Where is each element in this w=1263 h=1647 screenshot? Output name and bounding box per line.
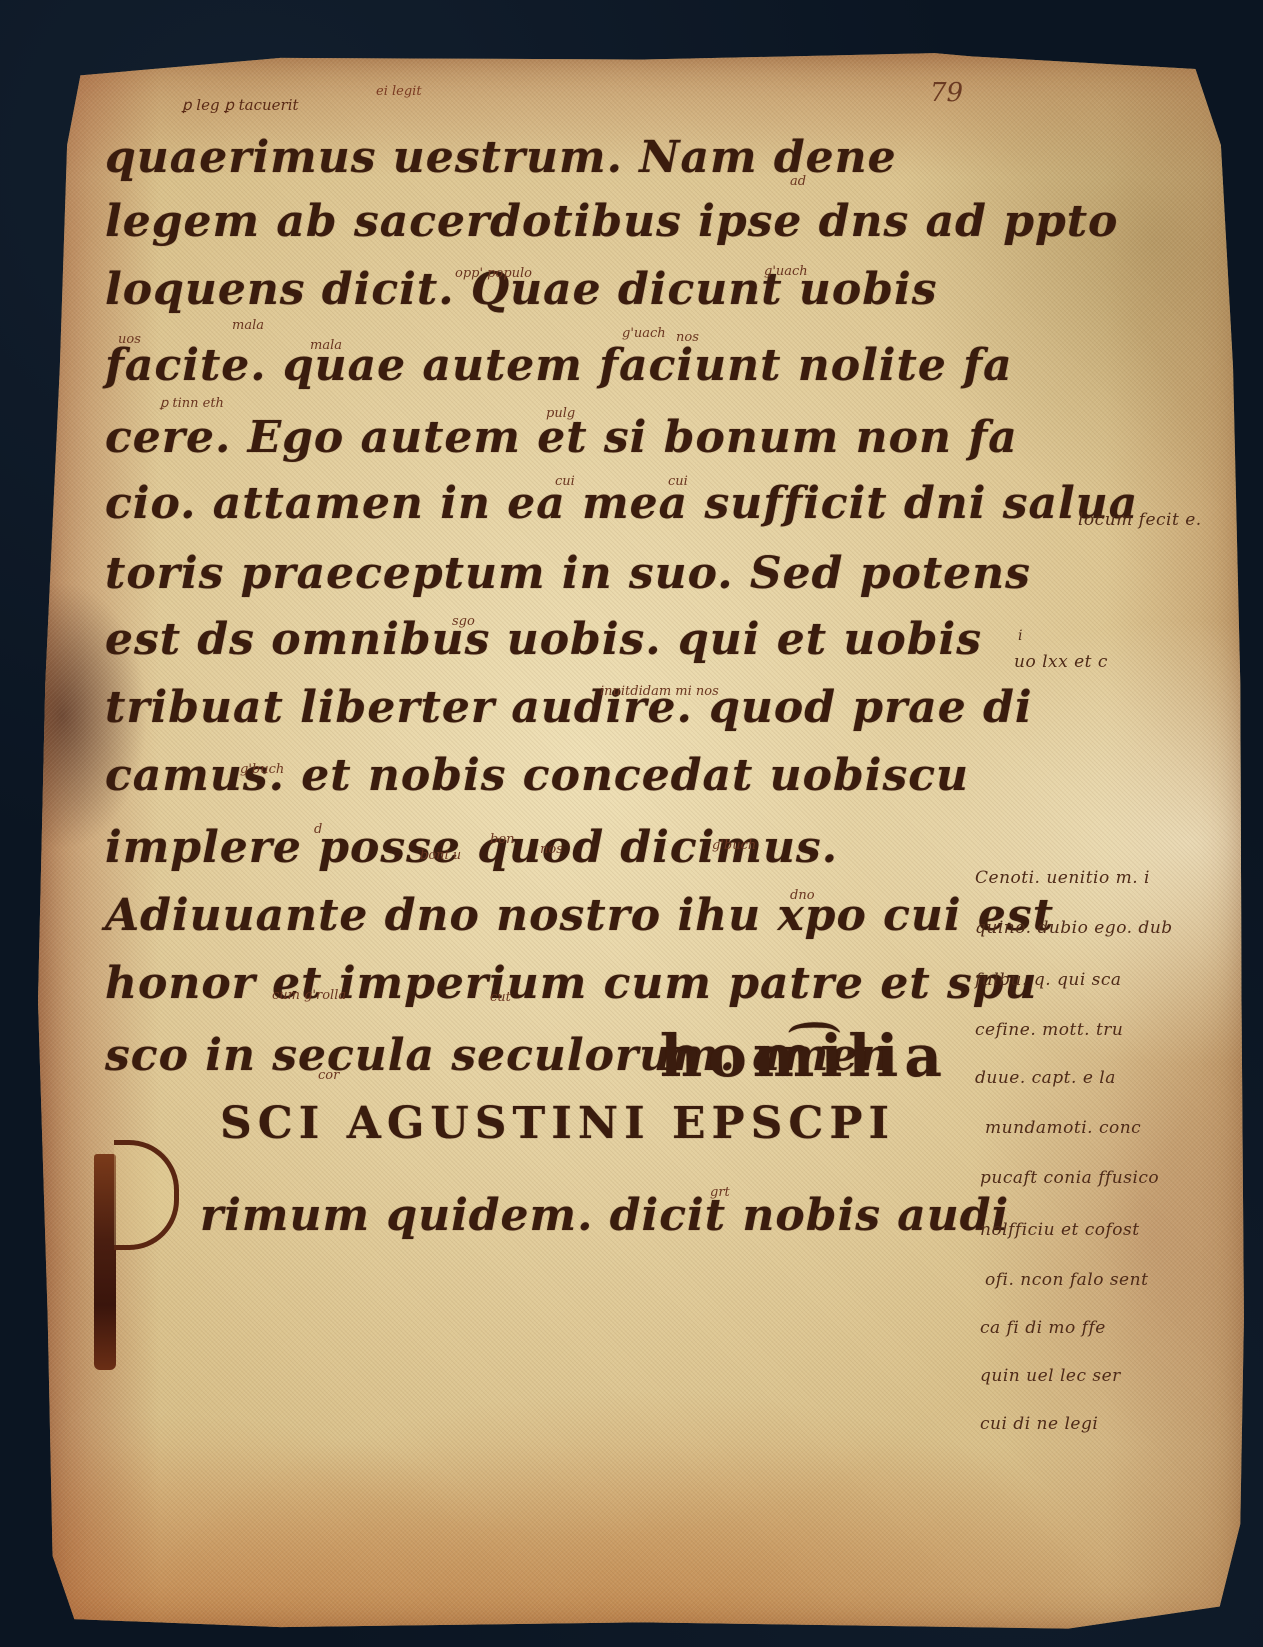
gloss: cor <box>318 1068 339 1083</box>
gloss: dno <box>790 888 815 903</box>
gloss: d <box>314 822 322 837</box>
incipit-text: rimum quidem. dicit nobis audi <box>200 1190 1009 1241</box>
gloss: grt <box>710 1185 730 1200</box>
marginal-note-mark: i <box>1018 628 1023 644</box>
marginal-note-upper: locum fecit e. <box>1078 510 1202 530</box>
marginal-block-line: ca fi di mo ffe <box>980 1318 1106 1338</box>
marginal-block-line: nolfficiu et cofost <box>980 1220 1140 1240</box>
gloss: g'uach <box>764 264 808 279</box>
marginal-block-line: cefine. mott. tru <box>975 1020 1123 1040</box>
text-line: cio. attamen in ea mea sufficit dni salu… <box>105 478 1138 529</box>
text-line: facite. quae autem faciunt nolite fa <box>105 340 1013 391</box>
text-line: tribuat liberter audire. quod prae di <box>105 682 1033 733</box>
rubric-title-line: SCI AGUSTINI EPSCPI <box>220 1098 895 1149</box>
top-margin-note-2: ei legit <box>376 84 422 99</box>
gloss: g'uach <box>622 326 666 341</box>
marginal-block-line: Cenoti. uenitio m. i <box>975 868 1150 888</box>
gloss: g'buch <box>240 762 284 777</box>
marginal-block-line: duue. capt. e la <box>975 1068 1116 1088</box>
gloss: mala <box>232 318 264 333</box>
gloss: uos <box>118 332 141 347</box>
marginal-note-middle: uo lxx et c <box>1014 652 1108 672</box>
gloss: sgo <box>452 614 475 629</box>
gloss: inuitdidam mi nos <box>600 684 719 699</box>
rubric-homilia: hom͡ilia <box>660 1022 948 1090</box>
gloss: nos <box>540 842 563 857</box>
gloss: boni u <box>420 848 461 863</box>
gloss: cui <box>555 474 575 489</box>
folio-number: 79 <box>930 78 963 108</box>
marginal-block-line: quin uel lec ser <box>980 1366 1121 1386</box>
text-line: legem ab sacerdotibus ipse dns ad ppto <box>105 196 1118 247</box>
gloss: ꝑ tinn eth <box>160 396 224 411</box>
gloss: cum g'rolla <box>272 988 346 1003</box>
gloss: mala <box>310 338 342 353</box>
marginal-block-line: fulbu. q. qui sca <box>975 970 1122 990</box>
marginal-block-line: ofi. ncon falo sent <box>985 1270 1148 1290</box>
marginal-block-line: mundamoti. conc <box>985 1118 1141 1138</box>
gloss: nos <box>676 330 699 345</box>
top-margin-note: ꝑ leg ꝑ tacuerit <box>182 96 299 114</box>
text-line: est ds omnibus uobis. qui et uobis <box>105 614 982 665</box>
gloss: g'buch <box>712 838 756 853</box>
gloss: pulg <box>546 406 575 421</box>
text-line: honor et imperium cum patre et spu <box>105 958 1038 1009</box>
text-line: quaerimus uestrum. Nam dene <box>105 132 897 183</box>
marginal-block-line: quino. dubio ego. dub <box>975 918 1173 938</box>
text-line: toris praeceptum in suo. Sed potens <box>105 548 1031 599</box>
gloss: opp' populo <box>455 266 532 281</box>
gloss: ad <box>790 174 806 189</box>
marginal-block-line: pucaft conia ffusico <box>980 1168 1159 1188</box>
decorated-initial-p <box>88 1140 158 1370</box>
initial-stem <box>94 1154 116 1370</box>
gloss: cui <box>668 474 688 489</box>
gloss: cut <box>490 990 511 1005</box>
marginal-block-line: cui di ne legi <box>980 1414 1098 1434</box>
text-line: camus. et nobis concedat uobiscu <box>105 750 969 801</box>
text-line: Adiuuante dno nostro ihu xpo cui est <box>105 890 1054 941</box>
gloss: bon <box>490 832 515 847</box>
